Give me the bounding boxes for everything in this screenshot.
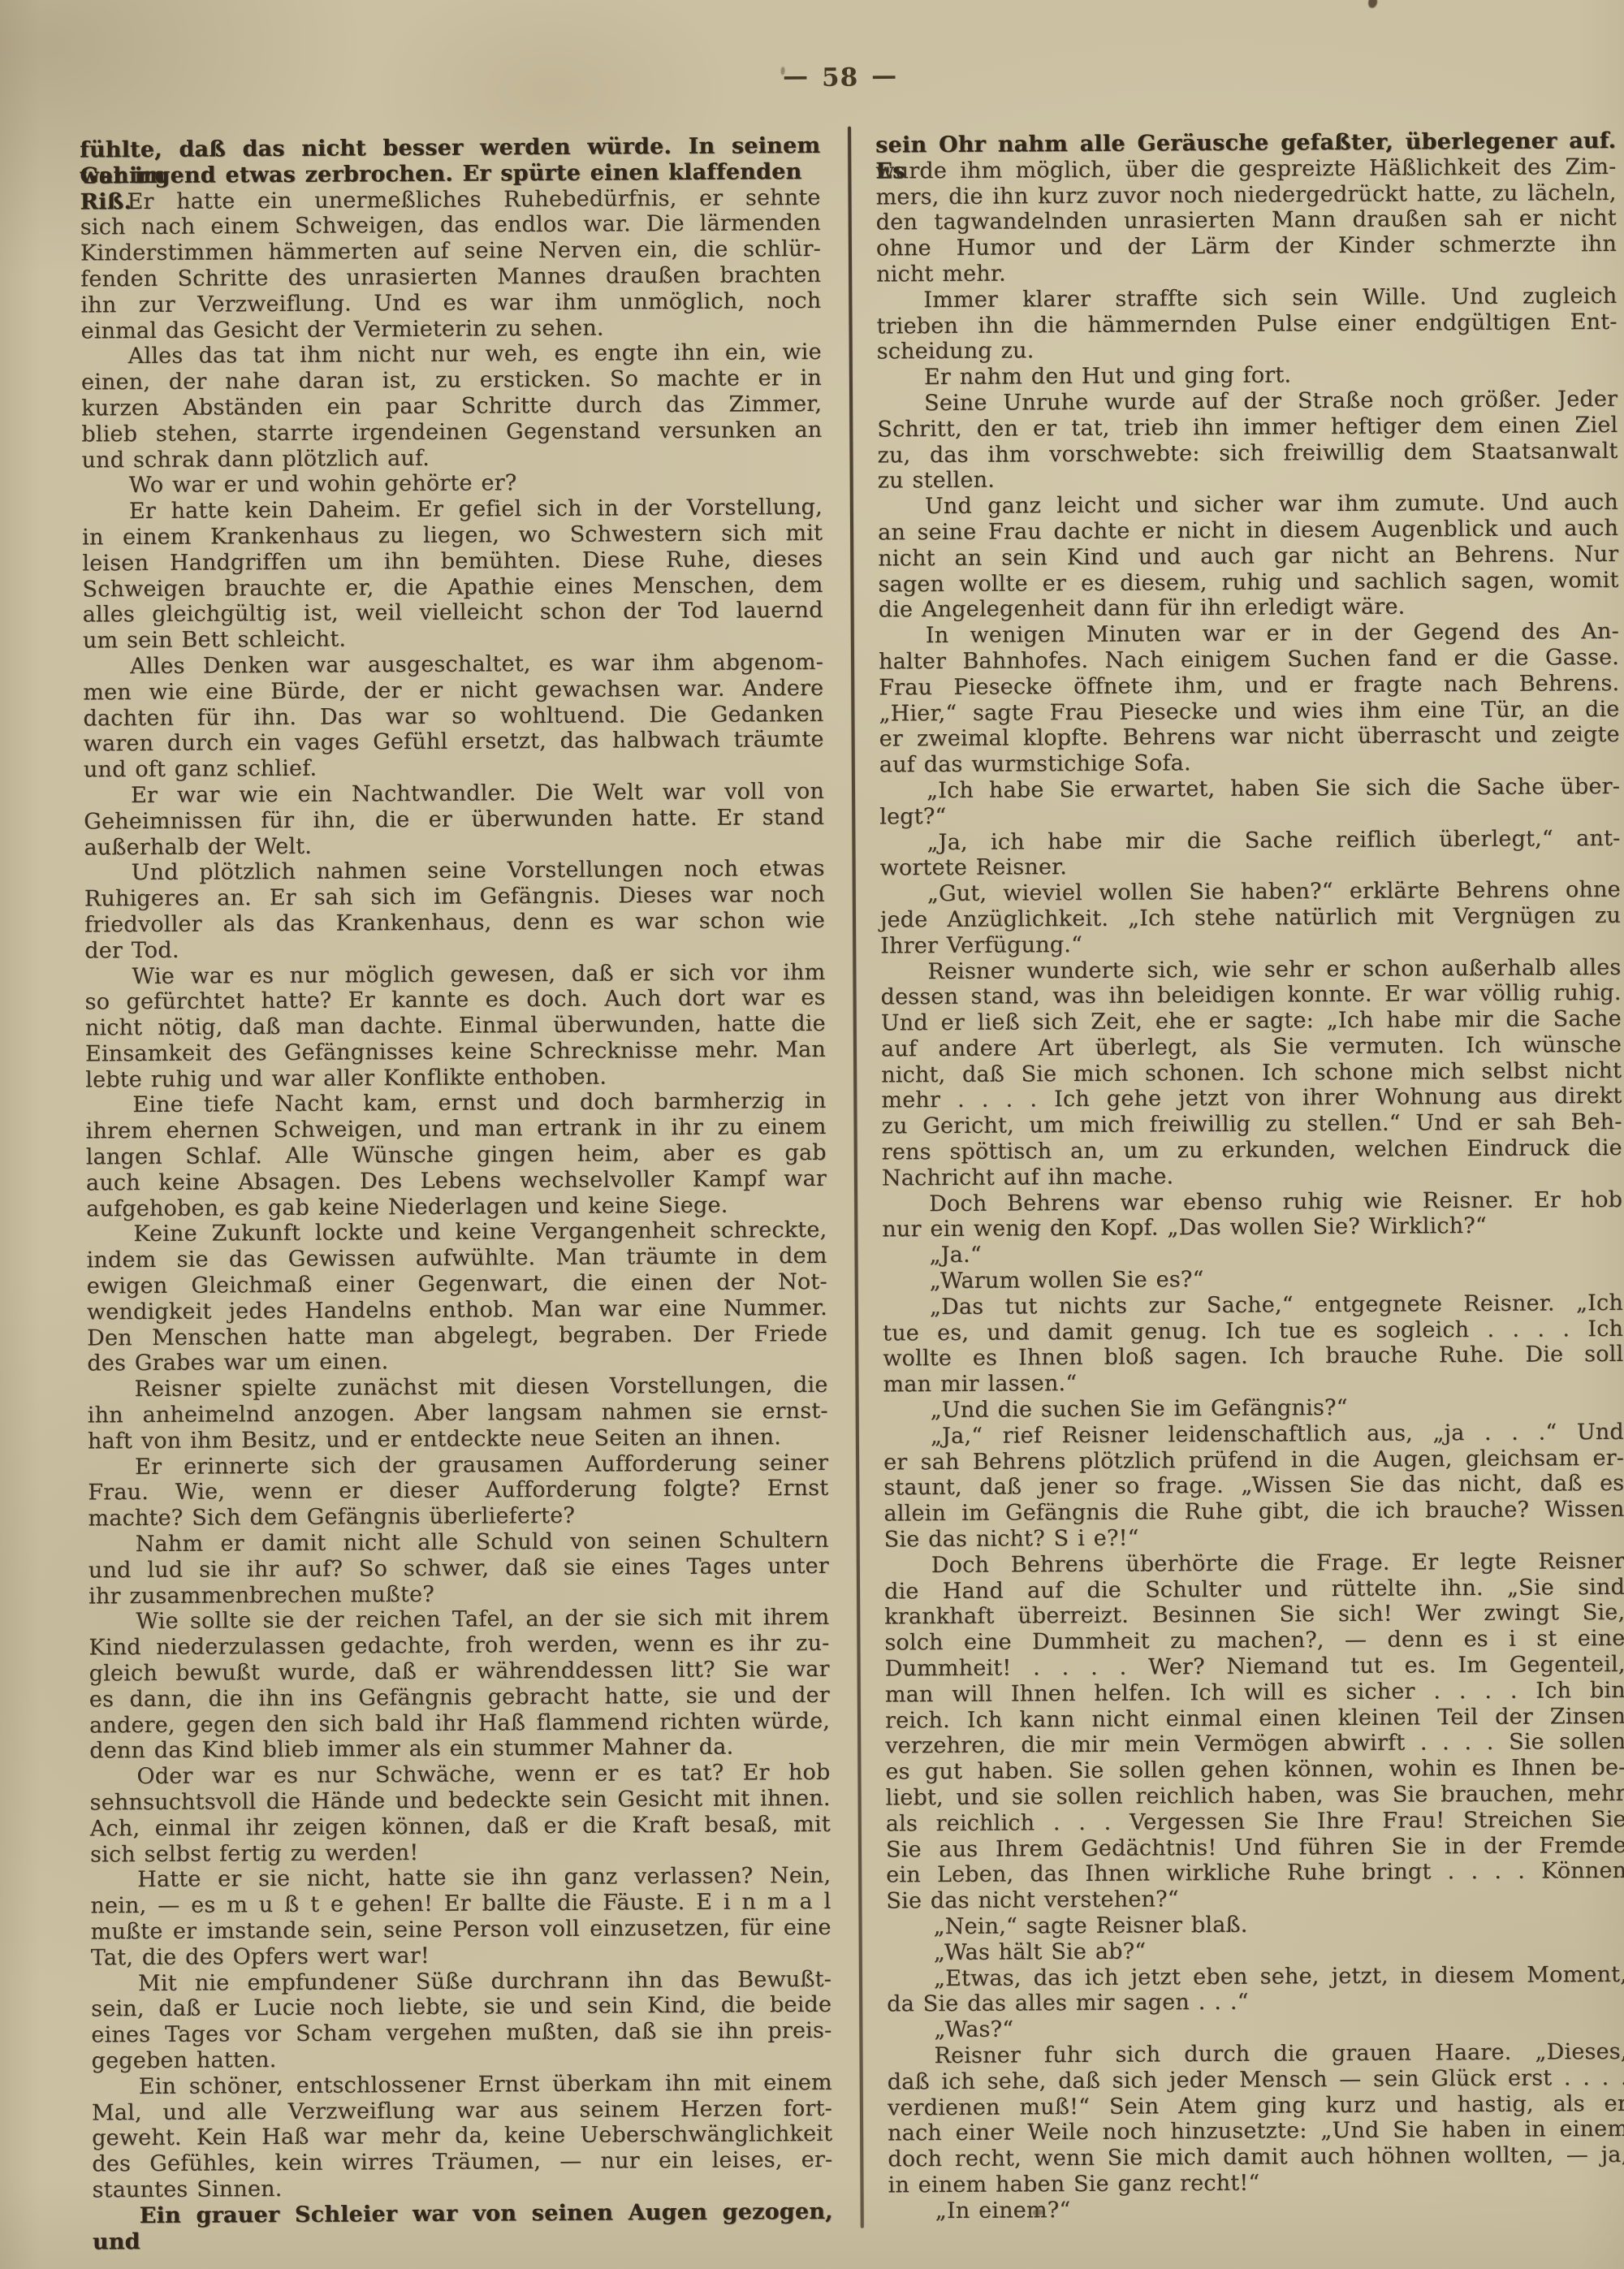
text-line: es dann, die ihn ins Gefängnis gebracht … — [89, 1683, 830, 1713]
text-line: daß ich sehe, daß sich jeder Mensch — se… — [888, 2065, 1624, 2095]
text-line: Ein schöner, entschlossener Ernst überka… — [92, 2070, 832, 2100]
text-line: „Etwas, das ich jetzt eben sehe, jetzt, … — [887, 1961, 1624, 1991]
text-line: nicht an sein Kind und auch gar nicht an… — [878, 542, 1618, 572]
text-line: doch recht, wenn Sie mich damit auch höh… — [888, 2142, 1624, 2172]
text-line: blieb stehen, starrte irgendeinen Gegens… — [81, 417, 822, 447]
ink-speck — [1368, 0, 1377, 8]
text-line: Frau. Wie, wenn er dieser Aufforderung f… — [88, 1476, 828, 1506]
text-line: „Ja, ich habe mir die Sache reiflich übe… — [879, 825, 1620, 855]
text-line: ihn zur Verzweiflung. Und es war ihm unm… — [80, 288, 821, 318]
text-line: gleich bewußt wurde, daß er währenddesse… — [89, 1657, 830, 1687]
text-line: liebt, und sie sollen reichlich haben, w… — [886, 1781, 1624, 1811]
text-line: waren durch ein vages Gefühl ersetzt, da… — [84, 727, 824, 757]
text-line: wendigkeit jedes Handelns enthob. Man wa… — [87, 1295, 827, 1325]
text-line: Ach, einmal ihr zeigen können, daß er di… — [90, 1812, 831, 1842]
text-line: Seine Unruhe wurde auf der Straße noch g… — [877, 387, 1618, 417]
text-line: „Das tut nichts zur Sache,“ entgegnete R… — [883, 1290, 1623, 1320]
text-line: rens spöttisch an, um zu erkunden, welch… — [882, 1135, 1622, 1165]
text-line: friedvoller als das Krankenhaus, denn es… — [84, 908, 825, 938]
text-line: ihn anheimelnd anzogen. Aber langsam nah… — [88, 1398, 828, 1428]
page-content: —58— fühlte, daß das nicht besser werden… — [0, 0, 1624, 2269]
text-line: des Gefühles, kein wirres Träumen, — nur… — [92, 2147, 832, 2177]
text-line: ohne Humor und der Lärm der Kinder schme… — [876, 231, 1617, 261]
text-line: Frau Piesecke öffnete ihm, und er fragte… — [879, 671, 1619, 701]
text-line: in einem Krankenhaus zu liegen, wo Schwe… — [82, 521, 823, 551]
text-line: als reichlich . . . Vergessen Sie Ihre F… — [886, 1807, 1624, 1837]
text-line: Doch Behrens war ebenso ruhig wie Reisne… — [882, 1187, 1622, 1217]
text-line: Dummheit! . . . . Wer? Niemand tut es. I… — [885, 1652, 1624, 1682]
text-line: „In einem?“ — [888, 2194, 1624, 2224]
text-line: wollte es Ihnen bloß sagen. Ich brauche … — [883, 1342, 1623, 1372]
text-line: Schritt, den er tat, trieb ihn immer hef… — [877, 413, 1618, 443]
page-header: —58— — [735, 63, 946, 93]
text-line: kurzen Abständen ein paar Schritte durch… — [81, 391, 822, 421]
text-line: „Ich habe Sie erwartet, haben Sie sich d… — [879, 774, 1620, 804]
text-line: man will Ihnen helfen. Ich will es siche… — [885, 1678, 1624, 1708]
right-column: sein Ohr nahm alle Geräusche gefaßter, ü… — [875, 128, 1624, 2224]
text-line: haft von ihm Besitz, und er entdeckte ne… — [88, 1424, 828, 1454]
page-number: 58 — [822, 63, 858, 93]
header-dash-left: — — [783, 62, 809, 91]
header-dash-right: — — [871, 61, 897, 90]
text-line: er zweimal klopfte. Behrens war nicht üb… — [879, 722, 1620, 752]
text-line: Ein grauer Schleier war von seinen Augen… — [93, 2199, 833, 2229]
text-line: alles gleichgültig ist, weil vielleicht … — [83, 598, 823, 628]
text-line: Reisner fuhr sich durch die grauen Haare… — [887, 2039, 1624, 2069]
text-line: auf andere Art überlegt, als Sie vermute… — [881, 1032, 1622, 1062]
text-line: sehnsuchtsvoll die Hände und bedeckte se… — [90, 1786, 831, 1816]
text-line: Nahm er damit nicht alle Schuld von sein… — [89, 1528, 829, 1558]
text-line: fühlte, daß das nicht besser werden würd… — [80, 133, 820, 163]
text-line: und lud sie ihr auf? So schwer, daß sie … — [89, 1554, 829, 1584]
text-line: eines Tages vor Scham vergehen mußten, d… — [91, 2018, 831, 2048]
book-page-scan: { "colors": { "paper": "#cbc0a2", "ink":… — [0, 0, 1624, 2269]
text-line: „Ja,“ rief Reisner leidenschaftlich aus,… — [883, 1420, 1624, 1450]
text-line: fenden Schritte des unrasierten Mannes d… — [80, 262, 821, 292]
text-line: Alles Denken war ausgeschaltet, es war i… — [83, 650, 823, 680]
text-line: Er war wie ein Nachtwandler. Die Welt wa… — [84, 779, 824, 809]
text-line: sagen wollte er es diesem, ruhig und sac… — [878, 567, 1618, 597]
text-line: war irgend etwas zerbrochen. Er spürte e… — [80, 159, 820, 189]
text-line: halter Bahnhofes. Nach einigem Suchen fa… — [879, 645, 1619, 675]
text-line: Einsamkeit des Gefängnisses keine Schrec… — [85, 1037, 826, 1067]
text-line: Den Menschen hatte man abgelegt, begrabe… — [87, 1321, 827, 1351]
text-line: sein Ohr nahm alle Geräusche gefaßter, ü… — [875, 128, 1616, 158]
left-column: fühlte, daß das nicht besser werden würd… — [80, 133, 833, 2229]
text-line: ein Leben, das Ihnen wirkliche Ruhe brin… — [886, 1858, 1624, 1888]
column-divider — [848, 127, 864, 2228]
text-line: auch keine Absagen. Des Lebens wechselvo… — [86, 1166, 827, 1196]
text-line: wurde ihm möglich, über die gespreizte H… — [875, 154, 1616, 184]
text-line: an seine Frau dachte er nicht in diesem … — [878, 516, 1618, 546]
text-line: trieben ihn die hämmernden Pulse einer e… — [876, 309, 1617, 339]
text-line: Geheimnissen für ihn, die er überwunden … — [84, 805, 824, 835]
text-line: Doch Behrens überhörte die Frage. Er leg… — [884, 1549, 1624, 1579]
text-line: men wie eine Bürde, der er nicht gewachs… — [83, 676, 823, 706]
text-line: zu, das ihm vorschwebte: sich freiwillig… — [877, 439, 1618, 469]
text-line: leisen Handgriffen um ihn bemühten. Dies… — [82, 547, 823, 577]
text-line: jede Anzüglichkeit. „Ich stehe natürlich… — [880, 903, 1621, 933]
text-line: allein im Gefängnis die Ruhe gibt, die i… — [883, 1497, 1624, 1527]
text-line: Immer klarer straffte sich sein Wille. U… — [876, 283, 1617, 313]
text-line: mußte er imstande sein, seine Person vol… — [91, 1915, 831, 1945]
